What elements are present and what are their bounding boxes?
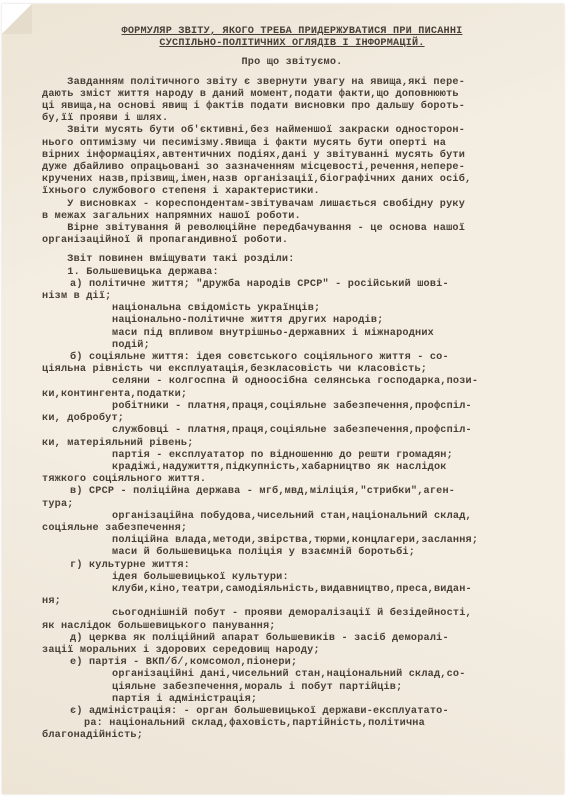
paragraph-line: дають зміст життя народу в даний момент,… — [42, 89, 542, 101]
paragraph-line: Вірне звітування й революційне передбачу… — [42, 223, 542, 235]
section-items: а) політичне життя; "дружба народів СРСР… — [42, 279, 542, 743]
paragraph-line: організаційної й пропагандивної роботи. — [42, 235, 542, 247]
paragraph-line: дуже дбайливо опрацьовані зо зазначенням… — [42, 162, 542, 174]
section-item-line: партія - експлуататор по відношенню до р… — [42, 450, 542, 462]
intro-paragraphs: Завданням політичного звіту є звернути у… — [42, 77, 542, 248]
section-item-line: ки, матеріяльний рівень; — [42, 438, 542, 450]
paragraph-line: нього оптимізму чи песимізму.Явища і фак… — [42, 138, 542, 150]
torn-corner — [2, 4, 32, 34]
document-page: ФОРМУЛЯР ЗВІТУ, ЯКОГО ТРЕБА ПРИДЕРЖУВАТИ… — [2, 4, 564, 794]
section-item-line: національно-політичне життя других народ… — [42, 315, 542, 327]
section-item-line: е) партія - ВКП/б/,комсомол,піонери; — [42, 657, 542, 669]
sections-intro: Звіт повинен вміщувати такі розділи: — [42, 254, 542, 266]
section-item-line: а) політичне життя; "дружба народів СРСР… — [42, 279, 542, 291]
section-item-line: тяжкого соціяльного життя. — [42, 474, 542, 486]
section-item-line: робітники - платня,праця,соціяльне забез… — [42, 401, 542, 413]
paragraph-line: Завданням політичного звіту є звернути у… — [42, 77, 542, 89]
section-item-line: клуби,кіно,театри,самодіяльність,видавни… — [42, 584, 542, 596]
section-item-line: соціяльне забезпечення; — [42, 523, 542, 535]
section-item-line: маси й большевицька поліція у взаємній б… — [42, 547, 542, 559]
section-item-line: ціяльна рівність чи експлуатація,безклас… — [42, 364, 542, 376]
paragraph-line: У висновках - кореспондентам-звітувачам … — [42, 199, 542, 211]
section-item-line: г) культурне життя: — [42, 560, 542, 572]
section-item-line: організаційні дані,чисельний стан,націон… — [42, 669, 542, 681]
paragraph-line: їхнього службового степеня і характерист… — [42, 186, 542, 198]
paragraph-line: Звіти мусять бути об'єктивні,без найменш… — [42, 125, 542, 137]
document-title-line-1: ФОРМУЛЯР ЗВІТУ, ЯКОГО ТРЕБА ПРИДЕРЖУВАТИ… — [42, 26, 542, 38]
section-item-line: ра: національний склад,фаховість,партійн… — [42, 718, 542, 730]
paragraph-line: вірних інформаціях,автентичних подіях,да… — [42, 150, 542, 162]
section-1-heading: 1. Большевицька держава: — [42, 267, 542, 279]
section-item-line: є) адміністрація: - орган большевицької … — [42, 706, 542, 718]
section-item-line: д) церква як поліційний апарат большевик… — [42, 633, 542, 645]
section-item-line: в) СРСР - поліційна держава - мгб,мвд,мі… — [42, 486, 542, 498]
section-item-line: тура; — [42, 499, 542, 511]
section-item-line: б) соціяльне життя: ідея совєтського соц… — [42, 352, 542, 364]
section-item-line: ня; — [42, 596, 542, 608]
section-item-line: національна свідомість українців; — [42, 303, 542, 315]
section-item-line: як наслідок большевицького панування; — [42, 621, 542, 633]
section-item-line: селяни - колгоспна й одноосібна селянськ… — [42, 376, 542, 388]
section-item-line: маси під впливом внутрішньо-державних і … — [42, 328, 542, 340]
section-item-line: ідея большевицької культури: — [42, 572, 542, 584]
section-item-line: організаційна побудова,чисельний стан,на… — [42, 511, 542, 523]
paragraph-line: бу,її прояви і шлях. — [42, 113, 542, 125]
section-item-line: службовці - платня,праця,соціяльне забез… — [42, 425, 542, 437]
section-item-line: подій; — [42, 340, 542, 352]
section-item-line: партія і адміністрація; — [42, 694, 542, 706]
section-item-line: благонадійність; — [42, 730, 542, 742]
section-item-line: сьогоднішній побут - прояви деморалізаці… — [42, 608, 542, 620]
paragraph-line: в межах загальних напрямних нашої роботи… — [42, 211, 542, 223]
section-item-line: нізм в дії; — [42, 291, 542, 303]
paragraph-line: кручених назв,прізвищ,імен,назв організа… — [42, 174, 542, 186]
document-title-line-2: СУСПІЛЬНО-ПОЛІТИЧНИХ ОГЛЯДІВ І ІНФОРМАЦІ… — [42, 38, 542, 50]
section-item-line: ки, добробут; — [42, 413, 542, 425]
typewritten-text: ФОРМУЛЯР ЗВІТУ, ЯКОГО ТРЕБА ПРИДЕРЖУВАТИ… — [42, 26, 542, 743]
paragraph-line: ці явища,на основі явищ і фактів подати … — [42, 101, 542, 113]
document-subtitle: Про що звітуємо. — [42, 57, 542, 69]
section-item-line: ки,контингента,податки; — [42, 389, 542, 401]
section-item-line: поліційна влада,методи,звірства,тюрми,ко… — [42, 535, 542, 547]
section-item-line: зації моральних і здорових середовищ нар… — [42, 645, 542, 657]
section-item-line: ціяльне забезпечення,мораль і побут парт… — [42, 682, 542, 694]
section-item-line: крадіжі,надужиття,підкупність,хабарництв… — [42, 462, 542, 474]
